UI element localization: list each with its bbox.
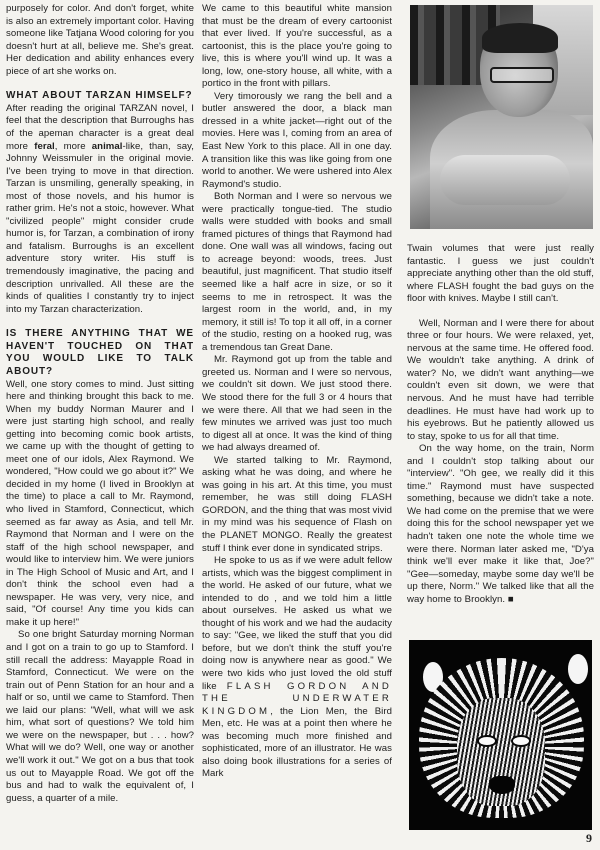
- eye-shape: [477, 735, 497, 747]
- portrait-photo: [410, 5, 593, 229]
- bold-word: feral: [34, 141, 55, 152]
- paragraph: On the way home, on the train, Norm and …: [407, 443, 594, 606]
- paragraph: Well, one story comes to mind. Just sitt…: [6, 379, 194, 630]
- end-mark-icon: ■: [508, 594, 514, 605]
- article-column-3: Twain volumes that were just really fant…: [407, 243, 594, 606]
- eye-shape: [511, 735, 531, 747]
- comic-title: FLASH: [437, 281, 468, 292]
- comic-title: PLANET MONGO: [220, 530, 300, 541]
- paragraph: Very timorously we rang the bell and a b…: [202, 91, 392, 191]
- paragraph: After reading the original TARZAN novel,…: [6, 103, 194, 316]
- paragraph: Twain volumes that were just really fant…: [407, 243, 594, 306]
- page-number: 9: [586, 831, 592, 846]
- interview-question-anything-else: IS THERE ANYTHING THAT WE HAVEN'T TOUCHE…: [6, 328, 194, 378]
- lion-illustration: [409, 640, 592, 830]
- paragraph: He spoke to us as if we were adult fello…: [202, 555, 392, 781]
- paragraph: We came to this beautiful white mansion …: [202, 3, 392, 91]
- paragraph: We started talking to Mr. Raymond, askin…: [202, 455, 392, 555]
- hair-shape: [482, 23, 558, 53]
- ear-shape: [568, 654, 588, 684]
- crossed-arms-shape: [440, 155, 570, 205]
- interview-question-tarzan: WHAT ABOUT TARZAN HIMSELF?: [6, 90, 194, 103]
- glasses-shape: [490, 67, 554, 83]
- paragraph: Well, Norman and I were there for about …: [407, 318, 594, 443]
- article-column-1: purposely for color. And don't forget, w…: [6, 3, 194, 805]
- paragraph: So one bright Saturday morning Norman an…: [6, 629, 194, 805]
- paragraph: Mr. Raymond got up from the table and gr…: [202, 354, 392, 454]
- article-column-2: We came to this beautiful white mansion …: [202, 3, 392, 781]
- bold-word: animal: [92, 141, 123, 152]
- paragraph: Both Norman and I were so nervous we wer…: [202, 191, 392, 354]
- paragraph: purposely for color. And don't forget, w…: [6, 3, 194, 78]
- nose-shape: [489, 776, 515, 794]
